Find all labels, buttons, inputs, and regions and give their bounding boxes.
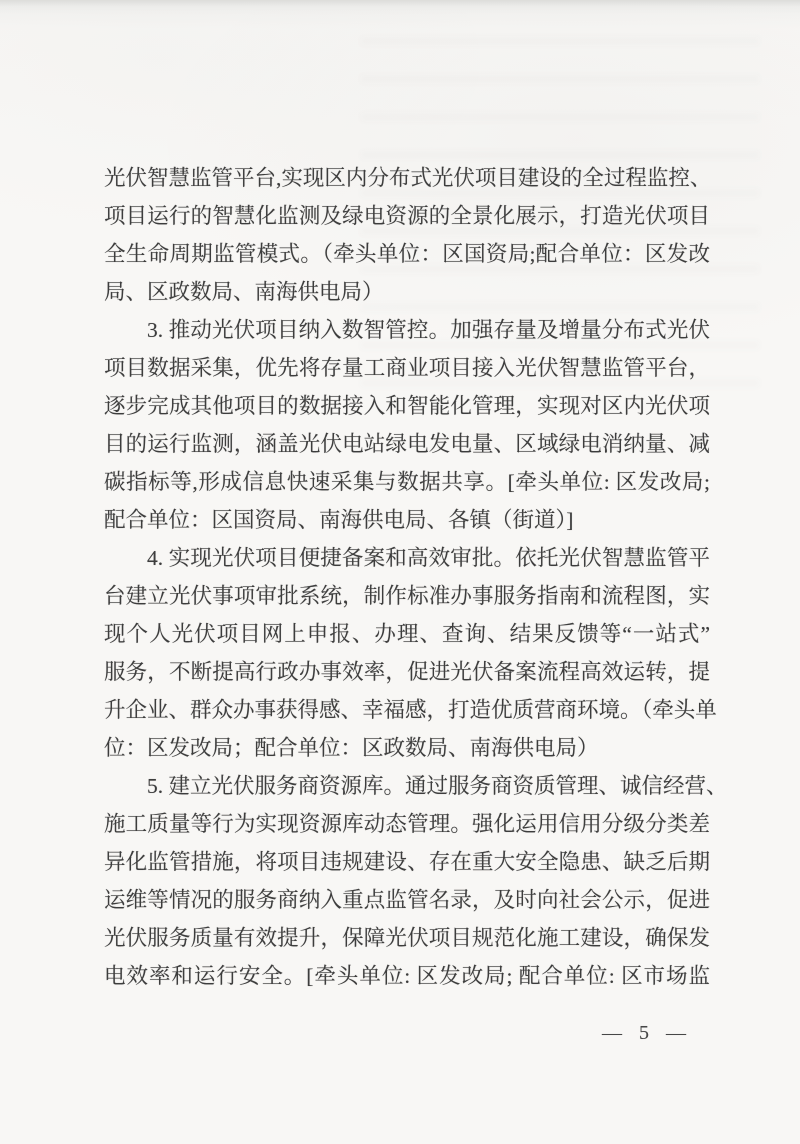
paragraph: 光伏智慧监管平台,实现区内分布式光伏项目建设的全过程监控、项目运行的智慧化监测及… <box>104 159 710 311</box>
text-line: 5. 建立光伏服务商资源库。通过服务商资质管理、诚信经营、 <box>104 767 710 805</box>
document-body: 光伏智慧监管平台,实现区内分布式光伏项目建设的全过程监控、项目运行的智慧化监测及… <box>104 159 710 995</box>
text-line: 项目数据采集，优先将存量工商业项目接入光伏智慧监管平台， <box>104 349 710 387</box>
text-line: 异化监管措施，将项目违规建设、存在重大安全隐患、缺乏后期 <box>104 843 710 881</box>
scan-artifact-top-edge <box>0 0 800 14</box>
text-line: 3. 推动光伏项目纳入数智管控。加强存量及增量分布式光伏 <box>104 311 710 349</box>
text-line: 位：区发改局；配合单位：区政数局、南海供电局） <box>104 729 710 767</box>
text-line: 局、区政数局、南海供电局） <box>104 273 710 311</box>
text-line: 4. 实现光伏项目便捷备案和高效审批。依托光伏智慧监管平 <box>104 539 710 577</box>
text-line: 碳指标等,形成信息快速采集与数据共享。[牵头单位: 区发改局; <box>104 463 710 501</box>
text-line: 光伏服务质量有效提升，保障光伏项目规范化施工建设，确保发 <box>104 919 710 957</box>
text-line: 现个人光伏项目网上申报、办理、查询、结果反馈等“一站式” <box>104 615 710 653</box>
text-line: 台建立光伏事项审批系统，制作标准办事服务指南和流程图，实 <box>104 577 710 615</box>
scanned-document-page: 光伏智慧监管平台,实现区内分布式光伏项目建设的全过程监控、项目运行的智慧化监测及… <box>0 0 800 1144</box>
text-line: 服务，不断提高行政办事效率，促进光伏备案流程高效运转，提 <box>104 653 710 691</box>
paragraph: 5. 建立光伏服务商资源库。通过服务商资质管理、诚信经营、施工质量等行为实现资源… <box>104 767 710 995</box>
paragraph: 3. 推动光伏项目纳入数智管控。加强存量及增量分布式光伏项目数据采集，优先将存量… <box>104 311 710 539</box>
text-line: 配合单位：区国资局、南海供电局、各镇（街道）] <box>104 501 710 539</box>
text-line: 施工质量等行为实现资源库动态管理。强化运用信用分级分类差 <box>104 805 710 843</box>
text-line: 目的运行监测，涵盖光伏电站绿电发电量、区域绿电消纳量、减 <box>104 425 710 463</box>
paragraph: 4. 实现光伏项目便捷备案和高效审批。依托光伏智慧监管平台建立光伏事项审批系统，… <box>104 539 710 767</box>
text-line: 升企业、群众办事获得感、幸福感，打造优质营商环境。（牵头单 <box>104 691 710 729</box>
page-number: — 5 — <box>602 1018 688 1048</box>
text-line: 光伏智慧监管平台,实现区内分布式光伏项目建设的全过程监控、 <box>104 159 710 197</box>
text-line: 全生命周期监管模式。（牵头单位：区国资局;配合单位：区发改 <box>104 235 710 273</box>
text-line: 项目运行的智慧化监测及绿电资源的全景化展示，打造光伏项目 <box>104 197 710 235</box>
text-line: 逐步完成其他项目的数据接入和智能化管理，实现对区内光伏项 <box>104 387 710 425</box>
text-line: 电效率和运行安全。[牵头单位: 区发改局; 配合单位: 区市场监 <box>104 957 710 995</box>
text-line: 运维等情况的服务商纳入重点监管名录，及时向社会公示，促进 <box>104 881 710 919</box>
